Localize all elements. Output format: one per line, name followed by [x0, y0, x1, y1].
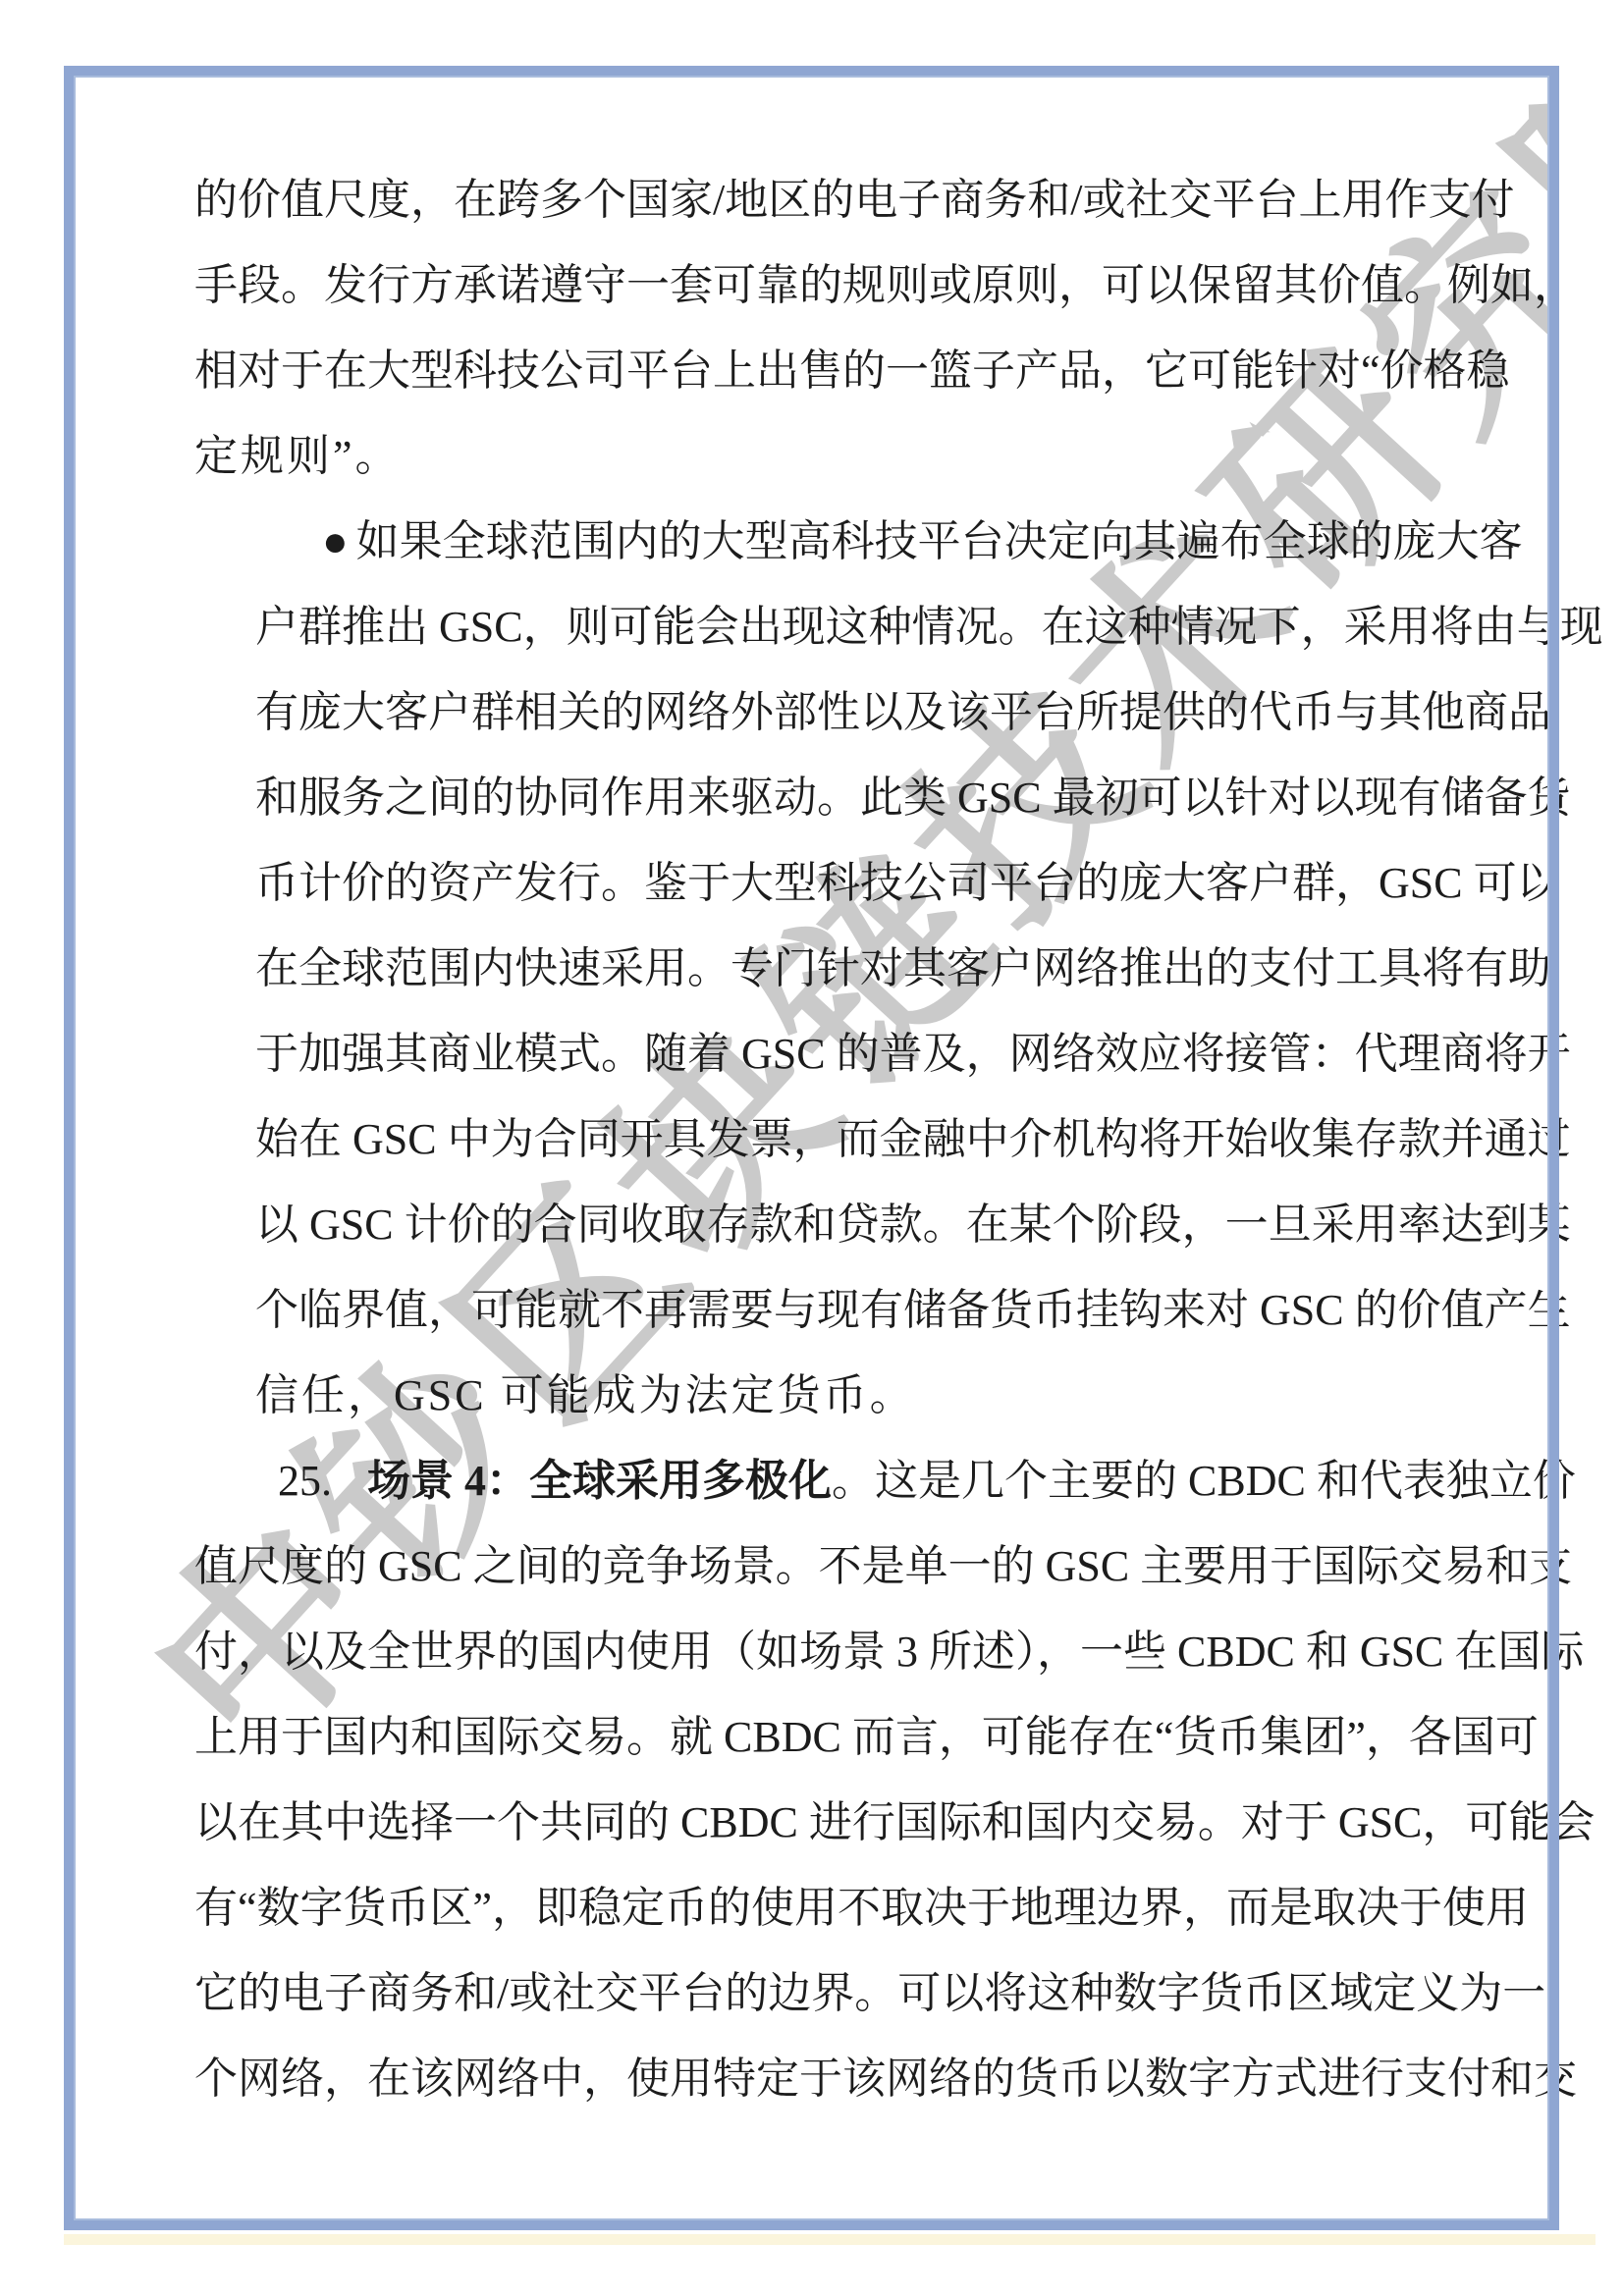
paragraph-number: 25.: [278, 1457, 332, 1505]
text-line: 值尺度的 GSC 之间的竞争场景。不是单一的 GSC 主要用于国际交易和支: [194, 1523, 1485, 1609]
bullet-line-text: 如果全球范围内的大型高科技平台决定向其遍布全球的庞大客: [356, 517, 1523, 565]
numbered-paragraph-line: 25.场景 4：全球采用多极化。这是几个主要的 CBDC 和代表独立价: [194, 1438, 1485, 1523]
text-line: 相对于在大型科技公司平台上出售的一篮子产品，它可能针对“价格稳: [194, 328, 1485, 413]
text-line: 它的电子商务和/或社交平台的边界。可以将这种数字货币区域定义为一: [194, 1950, 1485, 2036]
scenario-4-heading: 场景 4：全球采用多极化: [367, 1457, 832, 1505]
text-line: 个网络，在该网络中，使用特定于该网络的货币以数字方式进行支付和交: [194, 2036, 1485, 2121]
text-line: 定规则”。: [194, 413, 1485, 499]
text-line: 的价值尺度，在跨多个国家/地区的电子商务和/或社交平台上用作支付: [194, 157, 1485, 242]
text-line: 有“数字货币区”，即稳定币的使用不取决于地理边界，而是取决于使用: [194, 1865, 1485, 1950]
bullet-icon: ●: [322, 517, 349, 565]
text-line: 和服务之间的协同作用来驱动。此类 GSC 最初可以针对以现有储备货: [194, 755, 1485, 840]
text-line: 手段。发行方承诺遵守一套可靠的规则或原则，可以保留其价值。例如，: [194, 242, 1485, 328]
text-line: 币计价的资产发行。鉴于大型科技公司平台的庞大客户群，GSC 可以: [194, 840, 1485, 926]
text-line: 于加强其商业模式。随着 GSC 的普及，网络效应将接管：代理商将开: [194, 1011, 1485, 1096]
text-line: 以在其中选择一个共同的 CBDC 进行国际和国内交易。对于 GSC，可能会: [194, 1780, 1485, 1865]
text-line: 付，以及全世界的国内使用（如场景 3 所述），一些 CBDC 和 GSC 在国际: [194, 1609, 1485, 1694]
text-line: 以 GSC 计价的合同收取存款和贷款。在某个阶段，一旦采用率达到某: [194, 1182, 1485, 1267]
text-line: 在全球范围内快速采用。专门针对其客户网络推出的支付工具将有助: [194, 926, 1485, 1011]
bullet-line: ●如果全球范围内的大型高科技平台决定向其遍布全球的庞大客: [194, 499, 1485, 584]
text-line: 个临界值，可能就不再需要与现有储备货币挂钩来对 GSC 的价值产生: [194, 1267, 1485, 1353]
paragraph-line-text: 。这是几个主要的 CBDC 和代表独立价: [832, 1457, 1576, 1505]
scan-artifact-strip: [64, 2234, 1596, 2245]
document-text: 的价值尺度，在跨多个国家/地区的电子商务和/或社交平台上用作支付 手段。发行方承…: [194, 157, 1485, 2121]
text-line: 上用于国内和国际交易。就 CBDC 而言，可能存在“货币集团”，各国可: [194, 1694, 1485, 1780]
document-page: 中钞区块链技术研究院 的价值尺度，在跨多个国家/地区的电子商务和/或社交平台上用…: [0, 0, 1623, 2296]
text-line: 始在 GSC 中为合同开具发票，而金融中介机构将开始收集存款并通过: [194, 1096, 1485, 1182]
text-line: 户群推出 GSC，则可能会出现这种情况。在这种情况下，采用将由与现: [194, 584, 1485, 669]
text-line: 有庞大客户群相关的网络外部性以及该平台所提供的代币与其他商品: [194, 669, 1485, 755]
text-line: 信任，GSC 可能成为法定货币。: [194, 1353, 1485, 1438]
